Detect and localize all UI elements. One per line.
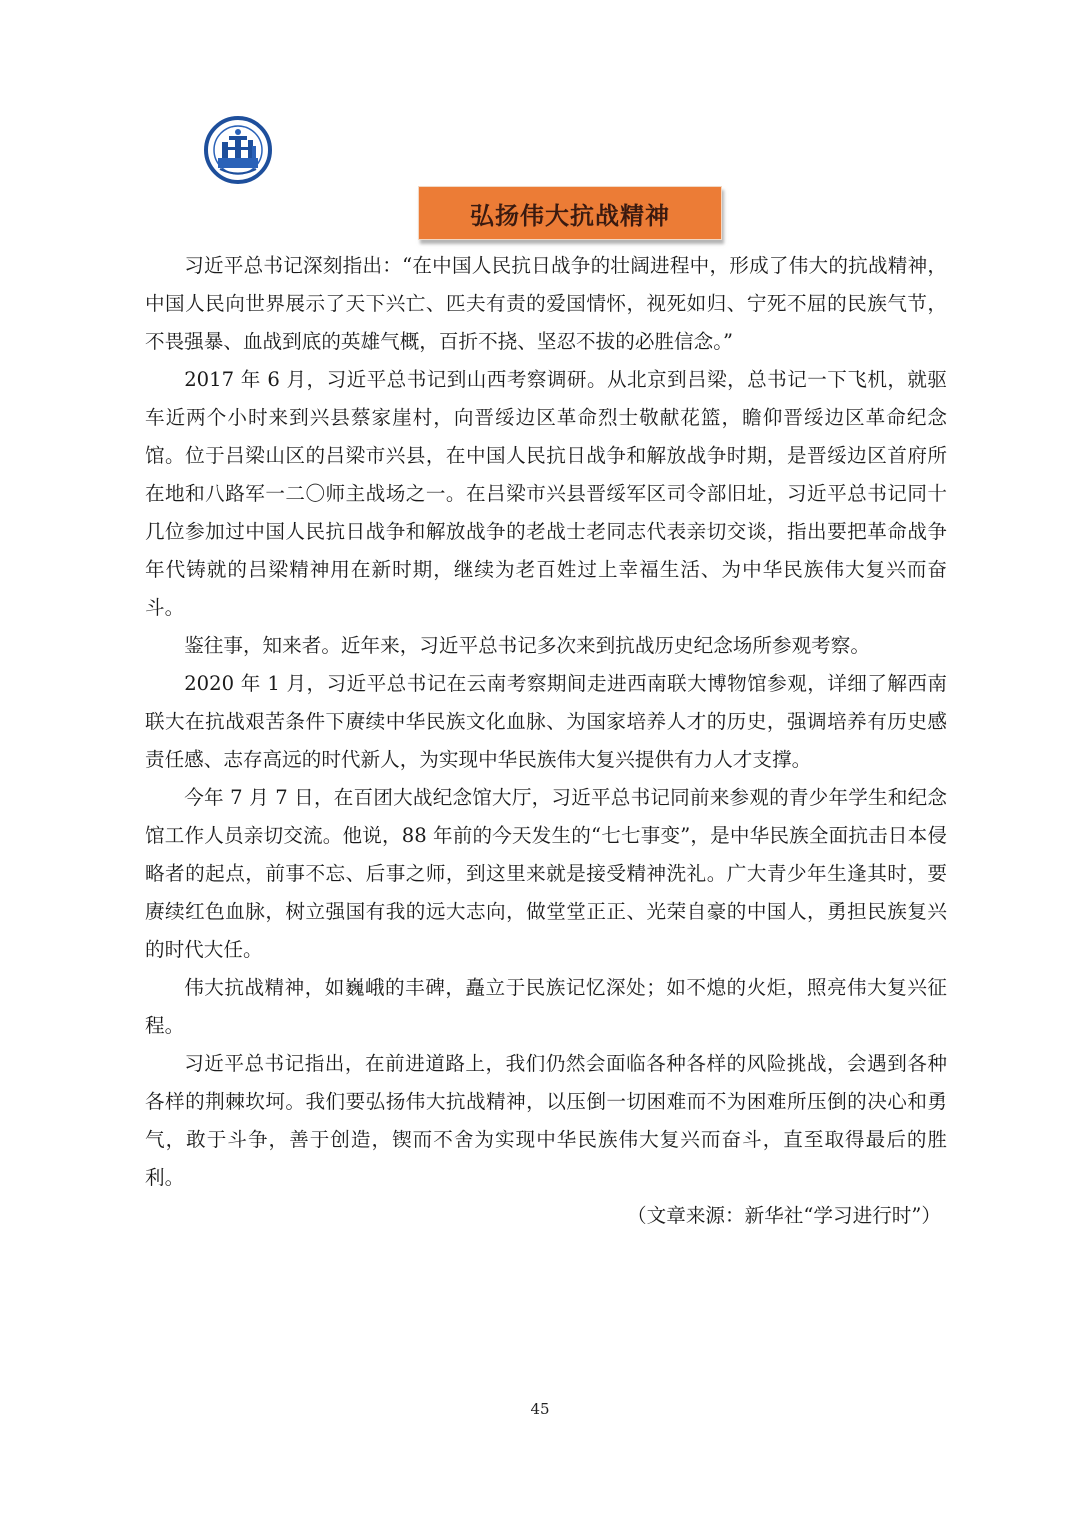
- institution-emblem-icon: [200, 116, 276, 184]
- paragraph-3: 鉴往事，知来者。近年来，习近平总书记多次来到抗战历史纪念场所参观考察。: [145, 627, 947, 665]
- title-banner: 弘扬伟大抗战精神: [418, 186, 722, 240]
- paragraph-1: 习近平总书记深刻指出：“在中国人民抗日战争的壮阔进程中，形成了伟大的抗战精神，中…: [145, 247, 947, 361]
- article-source: （文章来源：新华社“学习进行时”）: [145, 1197, 947, 1235]
- page-title: 弘扬伟大抗战精神: [419, 187, 721, 239]
- page-number: 45: [0, 1400, 1080, 1418]
- paragraph-5: 今年 7 月 7 日，在百团大战纪念馆大厅，习近平总书记同前来参观的青少年学生和…: [145, 779, 947, 969]
- paragraph-4: 2020 年 1 月，习近平总书记在云南考察期间走进西南联大博物馆参观，详细了解…: [145, 665, 947, 779]
- paragraph-7: 习近平总书记指出，在前进道路上，我们仍然会面临各种各样的风险挑战，会遇到各种各样…: [145, 1045, 947, 1197]
- paragraph-2: 2017 年 6 月，习近平总书记到山西考察调研。从北京到吕梁，总书记一下飞机，…: [145, 361, 947, 627]
- paragraph-6: 伟大抗战精神，如巍峨的丰碑，矗立于民族记忆深处；如不熄的火炬，照亮伟大复兴征程。: [145, 969, 947, 1045]
- article-body: 习近平总书记深刻指出：“在中国人民抗日战争的壮阔进程中，形成了伟大的抗战精神，中…: [145, 247, 947, 1235]
